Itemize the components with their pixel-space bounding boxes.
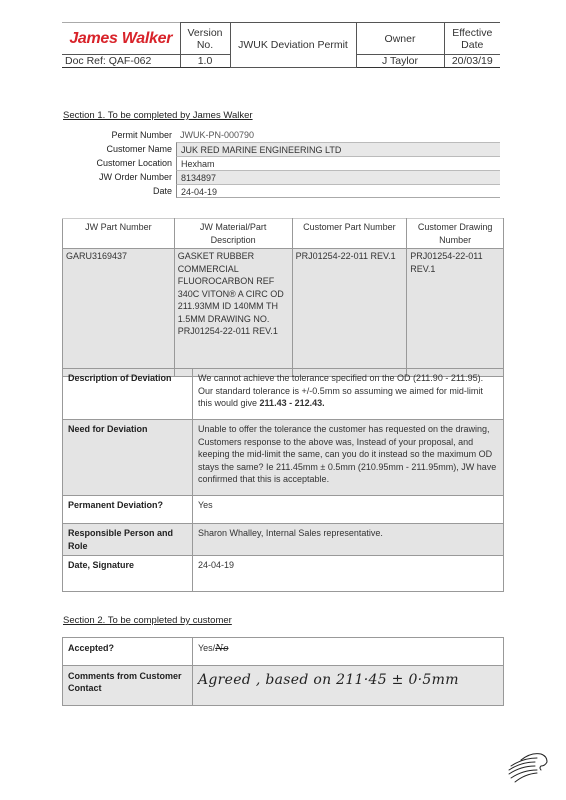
date-signature-label: Date, Signature xyxy=(63,556,193,592)
lion-logo-icon xyxy=(503,740,553,790)
accepted-value: Yes/No xyxy=(193,638,504,666)
permanent-value: Yes xyxy=(193,496,504,524)
description-range: 211.43 - 212.43. xyxy=(260,398,325,408)
permit-info: Permit Number JWUK-PN-000790 Customer Na… xyxy=(62,128,500,198)
col-header: Customer Drawing Number xyxy=(407,219,504,249)
col-header: Customer Part Number xyxy=(292,219,407,249)
description-label: Description of Deviation xyxy=(63,369,193,420)
responsible-label: Responsible Person and Role xyxy=(63,524,193,556)
effective-date-value: 20/03/19 xyxy=(444,55,500,68)
document-header: James Walker Version No. JWUK Deviation … xyxy=(62,22,500,68)
version-label: Version No. xyxy=(180,23,230,55)
info-row-order-number: JW Order Number 8134897 xyxy=(62,170,500,184)
accepted-yes: Yes/ xyxy=(198,643,215,653)
customer-location-value: Hexham xyxy=(176,156,500,170)
customer-table: Accepted? Yes/No Comments from Customer … xyxy=(62,637,504,706)
date-value: 24-04-19 xyxy=(176,184,500,198)
order-number-value: 8134897 xyxy=(176,170,500,184)
need-label: Need for Deviation xyxy=(63,420,193,496)
effective-date-label: Effective Date xyxy=(444,23,500,55)
info-label: Customer Name xyxy=(62,142,176,156)
part-description: GASKET RUBBER COMMERCIAL FLUOROCARBON RE… xyxy=(174,249,292,377)
parts-table: JW Part Number JW Material/Part Descript… xyxy=(62,218,504,377)
info-row-date: Date 24-04-19 xyxy=(62,184,500,198)
need-value: Unable to offer the tolerance the custom… xyxy=(193,420,504,496)
permit-number-value: JWUK-PN-000790 xyxy=(176,128,500,142)
info-label: JW Order Number xyxy=(62,170,176,184)
document-title: JWUK Deviation Permit xyxy=(230,23,356,68)
section-1-title: Section 1. To be completed by James Walk… xyxy=(63,110,253,121)
col-header: JW Part Number xyxy=(63,219,175,249)
info-label: Customer Location xyxy=(62,156,176,170)
section-2-title: Section 2. To be completed by customer xyxy=(63,615,232,626)
jw-part-number: GARU3169437 xyxy=(63,249,175,377)
owner-label: Owner xyxy=(356,23,444,55)
comments-label: Comments from Customer Contact xyxy=(63,666,193,706)
accepted-no-struck: No xyxy=(215,644,228,654)
info-row-permit-number: Permit Number JWUK-PN-000790 xyxy=(62,128,500,142)
customer-name-value: JUK RED MARINE ENGINEERING LTD xyxy=(176,142,500,156)
handwritten-comment: Agreed , based on 211·45 ± 0·5mm xyxy=(198,674,459,686)
info-row-customer-name: Customer Name JUK RED MARINE ENGINEERING… xyxy=(62,142,500,156)
date-signature-value: 24-04-19 xyxy=(193,556,504,592)
customer-drawing-number: PRJ01254-22-011 REV.1 xyxy=(407,249,504,377)
info-row-customer-location: Customer Location Hexham xyxy=(62,156,500,170)
deviation-table: Description of Deviation We cannot achie… xyxy=(62,368,504,592)
doc-ref: Doc Ref: QAF-062 xyxy=(62,55,180,68)
owner-value: J Taylor xyxy=(356,55,444,68)
info-label: Date xyxy=(62,184,176,198)
customer-part-number: PRJ01254-22-011 REV.1 xyxy=(292,249,407,377)
permanent-label: Permanent Deviation? xyxy=(63,496,193,524)
description-value: We cannot achieve the tolerance specifie… xyxy=(193,369,504,420)
accepted-label: Accepted? xyxy=(63,638,193,666)
version-value: 1.0 xyxy=(180,55,230,68)
description-text: We cannot achieve the tolerance specifie… xyxy=(198,373,483,408)
brand-logo: James Walker xyxy=(62,23,180,55)
col-header: JW Material/Part Description xyxy=(174,219,292,249)
table-row: GARU3169437 GASKET RUBBER COMMERCIAL FLU… xyxy=(63,249,504,377)
info-label: Permit Number xyxy=(62,128,176,142)
comments-value: Agreed , based on 211·45 ± 0·5mm xyxy=(193,666,504,706)
responsible-value: Sharon Whalley, Internal Sales represent… xyxy=(193,524,504,556)
